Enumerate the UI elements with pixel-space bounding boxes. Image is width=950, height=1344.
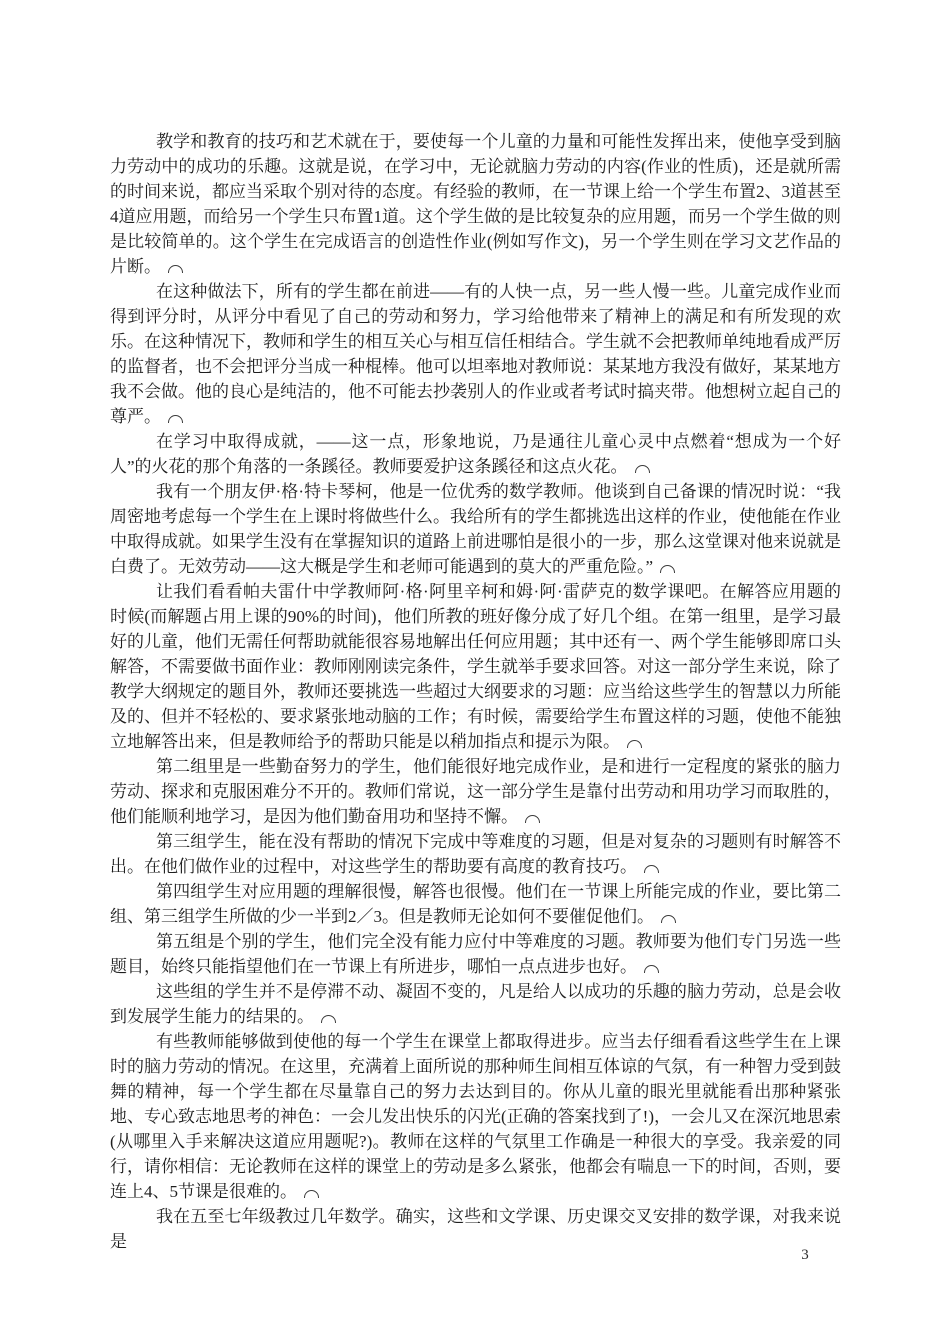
paragraph-return-mark-icon (661, 915, 676, 923)
paragraph-return-mark-icon (321, 1015, 336, 1023)
paragraph-return-mark-icon (644, 965, 659, 973)
paragraph: 教学和教育的技巧和艺术就在于，要使每一个儿童的力量和可能性发挥出来，使他享受到脑… (110, 129, 841, 279)
paragraph-text: 第五组是个别的学生，他们完全没有能力应付中等难度的习题。教师要为他们专门另选一些… (110, 932, 841, 976)
paragraph: 第四组学生对应用题的理解很慢，解答也很慢。他们在一节课上所能完成的作业，要比第二… (110, 879, 841, 929)
paragraph: 让我们看看帕夫雷什中学教师阿·格·阿里辛柯和姆·阿·雷萨克的数学课吧。在解答应用… (110, 579, 841, 754)
paragraph-return-mark-icon (168, 265, 183, 273)
paragraph: 第三组学生，能在没有帮助的情况下完成中等难度的习题，但是对复杂的习题则有时解答不… (110, 829, 841, 879)
paragraph: 有些教师能够做到使他的每一个学生在课堂上都取得进步。应当去仔细看看这些学生在上课… (110, 1029, 841, 1204)
paragraph-return-mark-icon (168, 415, 183, 423)
document-body: 教学和教育的技巧和艺术就在于，要使每一个儿童的力量和可能性发挥出来，使他享受到脑… (110, 129, 841, 1254)
paragraph-text: 让我们看看帕夫雷什中学教师阿·格·阿里辛柯和姆·阿·雷萨克的数学课吧。在解答应用… (110, 582, 841, 751)
paragraph: 在这种做法下，所有的学生都在前进——有的人快一点，另一些人慢一些。儿童完成作业而… (110, 279, 841, 429)
paragraph-return-mark-icon (644, 865, 659, 873)
paragraph-return-mark-icon (627, 740, 642, 748)
paragraph: 在学习中取得成就，——这一点，形象地说，乃是通往儿童心灵中点燃着“想成为一个好人… (110, 429, 841, 479)
paragraph-text: 在学习中取得成就，——这一点，形象地说，乃是通往儿童心灵中点燃着“想成为一个好人… (110, 432, 841, 476)
paragraph-return-mark-icon (660, 565, 675, 573)
paragraph-text: 第四组学生对应用题的理解很慢，解答也很慢。他们在一节课上所能完成的作业，要比第二… (110, 882, 841, 926)
paragraph: 这些组的学生并不是停滞不动、凝固不变的，凡是给人以成功的乐趣的脑力劳动，总是会收… (110, 979, 841, 1029)
paragraph-text: 在这种做法下，所有的学生都在前进——有的人快一点，另一些人慢一些。儿童完成作业而… (110, 282, 841, 426)
paragraph: 我在五至七年级教过几年数学。确实，这些和文学课、历史课交叉安排的数学课，对我来说… (110, 1204, 841, 1254)
paragraph-return-mark-icon (635, 465, 650, 473)
paragraph-text: 我有一个朋友伊·格·特卡琴柯，他是一位优秀的数学教师。他谈到自己备课的情况时说：… (110, 482, 841, 576)
paragraph-text: 第二组里是一些勤奋努力的学生，他们能很好地完成作业，是和进行一定程度的紧张的脑力… (110, 757, 841, 826)
page-number: 3 (793, 1245, 817, 1265)
paragraph-text: 第三组学生，能在没有帮助的情况下完成中等难度的习题，但是对复杂的习题则有时解答不… (110, 832, 841, 876)
paragraph: 第二组里是一些勤奋努力的学生，他们能很好地完成作业，是和进行一定程度的紧张的脑力… (110, 754, 841, 829)
paragraph: 第五组是个别的学生，他们完全没有能力应付中等难度的习题。教师要为他们专门另选一些… (110, 929, 841, 979)
paragraph-return-mark-icon (304, 1190, 319, 1198)
paragraph-text: 我在五至七年级教过几年数学。确实，这些和文学课、历史课交叉安排的数学课，对我来说… (110, 1207, 841, 1251)
document-page: 教学和教育的技巧和艺术就在于，要使每一个儿童的力量和可能性发挥出来，使他享受到脑… (0, 0, 950, 1344)
paragraph-text: 教学和教育的技巧和艺术就在于，要使每一个儿童的力量和可能性发挥出来，使他享受到脑… (110, 132, 841, 276)
paragraph-return-mark-icon (525, 815, 540, 823)
paragraph-text: 这些组的学生并不是停滞不动、凝固不变的，凡是给人以成功的乐趣的脑力劳动，总是会收… (110, 982, 841, 1026)
paragraph-text: 有些教师能够做到使他的每一个学生在课堂上都取得进步。应当去仔细看看这些学生在上课… (110, 1032, 841, 1201)
paragraph: 我有一个朋友伊·格·特卡琴柯，他是一位优秀的数学教师。他谈到自己备课的情况时说：… (110, 479, 841, 579)
